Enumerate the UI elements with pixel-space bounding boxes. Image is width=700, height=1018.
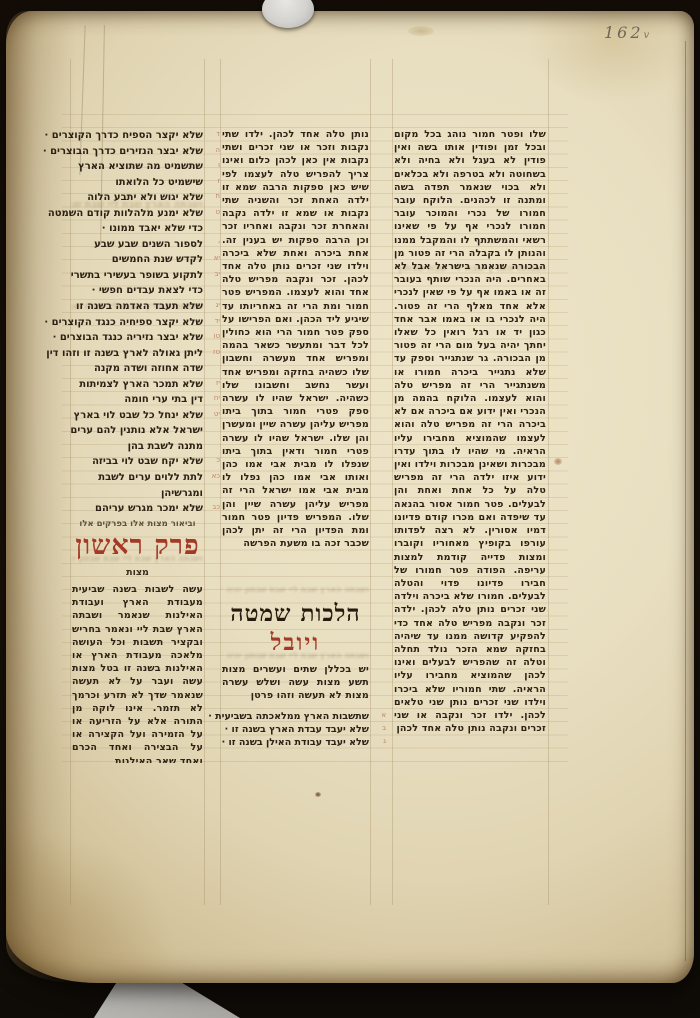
list-item-text: שלא יעבד עבודת האילן בשנה זו · [222, 737, 369, 748]
margin-numeral: י [218, 239, 220, 247]
margin-numeral: יח [214, 394, 220, 402]
list-item-line: שלא יבצר הנזירים כדרך הבוצרים ·ה [72, 144, 203, 160]
margin-numeral: טו [214, 332, 220, 340]
list-item-text: מתנה לשבת בהן [128, 441, 203, 452]
list-item-text: כדי שלא יאבד ממונו · [102, 223, 203, 234]
ink-stain [315, 792, 321, 797]
list-item-line: ליתן גאולה לארץ בשנה זו וזהו דיןטז [72, 346, 203, 362]
vertical-ruling-line [392, 59, 393, 905]
section-heading: הלכות שמטה [220, 599, 371, 629]
list-item-line: דין בתי ערי חומהיח [72, 392, 203, 408]
list-item-line: שתשמיט מה שתוציא הארץו [72, 159, 203, 175]
list-item-line: שלא יעבד עבודת האילן בשנה זו ·ג [222, 735, 369, 748]
list-item-text: שלא ימכר מגרש עריהם [95, 503, 203, 514]
list-item-line: שלא יגוש ולא יתבע הלוהח [72, 190, 203, 206]
list-item-text: שלא יעבד עבדת הארץ בשנה זו · [225, 724, 369, 735]
margin-numeral: יג [216, 301, 220, 309]
margin-numeral: יט [214, 410, 220, 418]
list-item-text: לתת ללוים ערים לשבת [98, 472, 203, 483]
section-heading-sub: ויובל [220, 629, 371, 657]
list-item-line: כדי שלא יאבד ממונו · [72, 221, 203, 237]
column-middle-text: נותן טלה אחד לכהן. ילדו שתי נקבות וזכר א… [222, 128, 369, 598]
margin-numeral: יז [216, 379, 220, 387]
chapter-one-paragraph: עשה לשבות בשנה שביעית מעבודת הארץ ועבודת… [72, 583, 203, 763]
list-item-text: כדי לצאת עבדים חפשי · [92, 285, 203, 296]
list-item-line: ישראל אלא נותנין להם ערים [72, 423, 203, 439]
vertical-ruling-line [70, 59, 71, 905]
list-item-text: לתקוע בשופר בעשירי בתשרי [71, 270, 203, 281]
margin-numeral: ב [382, 724, 386, 732]
vertical-ruling-line [204, 59, 205, 905]
margin-numeral: ו [218, 161, 220, 169]
section-heading-block: הלכות שמטה ויובל [220, 599, 371, 657]
list-item-text: שלא יבצר נזיריה כנגד הבוצרים · [53, 332, 203, 343]
margin-numeral: יא [214, 254, 220, 262]
mitzvot-list-start: שתשבות הארץ ממלאכתה בשביעית ·אשלא יעבד ע… [222, 709, 369, 749]
margin-numeral: ז [218, 177, 220, 185]
list-item-line: שלא תמכר הארץ לצמיתותיז [72, 377, 203, 393]
margin-numeral: ג [383, 737, 386, 745]
list-item-text: שדה אחוזה ושדה מקנה [94, 363, 203, 374]
margin-numeral: ח [215, 192, 220, 200]
list-item-line: שלא יעבד עבדת הארץ בשנה זו ·ב [222, 722, 369, 735]
list-item-line: שלא ימנע מלהלוות קודם השמטהט [72, 206, 203, 222]
list-item-line: לתקוע בשופר בעשירי בתשרייב [72, 268, 203, 284]
margin-numeral: ט [215, 208, 220, 216]
list-item-text: שלא יבצר הנזירים כדרך הבוצרים · [43, 146, 203, 157]
list-item-line: שישמיט כל הלואתוז [72, 175, 203, 191]
vertical-ruling-line [370, 59, 371, 905]
margin-numeral: טז [213, 348, 220, 356]
list-item-line: שלא יקצר הספיח כדרך הקוצרים ·ד [72, 128, 203, 144]
parchment-stain [408, 26, 434, 36]
list-item-text: שתשמיט מה שתוציא הארץ [78, 161, 203, 172]
list-item-text: שלא ינחל כל שבט לוי בארץ [74, 410, 203, 421]
list-item-text: שלא תעבד האדמה בשנה זו [76, 301, 203, 312]
list-item-line: לספור השנים שבע שבעי [72, 237, 203, 253]
folio-number: 162v [604, 23, 653, 42]
list-item-text: שלא ימנע מלהלוות קודם השמטה [48, 208, 203, 219]
list-item-line: שדה אחוזה ושדה מקנה [72, 361, 203, 377]
list-item-line: שלא תעבד האדמה בשנה זויג [72, 299, 203, 315]
list-item-line: ומגרשיהן [72, 486, 203, 502]
margin-numeral: ה [215, 146, 220, 154]
list-item-line: שלא ינחל כל שבט לוי בארץיט [72, 408, 203, 424]
list-item-text: שלא יקח שבט לוי בביזה [92, 456, 203, 467]
list-item-line: כדי לצאת עבדים חפשי · [72, 283, 203, 299]
margin-numeral: יב [214, 270, 220, 278]
manuscript-photo: 162v ושבתה הארץ שבת ליי שבת שבתון יהיה ל… [0, 0, 700, 1018]
manuscript-page: 162v ושבתה הארץ שבת ליי שבת שבתון יהיה ל… [6, 11, 694, 983]
margin-numeral: כ [216, 456, 220, 464]
list-item-line: שלא יקצר ספיחיה כנגד הקוצרים ·יד [72, 315, 203, 331]
mitzvot-count-intro: יש בכללן שתים ועשרים מצות תשע מצות עשה ו… [222, 663, 369, 707]
ink-stain [554, 458, 562, 465]
vertical-ruling-line [548, 59, 549, 905]
list-item-text: לספור השנים שבע שבע [94, 239, 203, 250]
mitzvot-list-continued: שלא יקצר הספיח כדרך הקוצרים ·דשלא יבצר ה… [72, 128, 203, 517]
list-item-text: שלא יקצר הספיח כדרך הקוצרים · [45, 130, 204, 141]
margin-numeral: א [381, 711, 386, 719]
list-item-line: שלא יקח שבט לוי בביזהכ [72, 454, 203, 470]
list-item-line: לקדש שנת החמשיםיא [72, 252, 203, 268]
list-item-text: לקדש שנת החמשים [112, 254, 203, 265]
folio-number-value: 162 [604, 23, 644, 42]
margin-numeral: כב [212, 503, 220, 511]
list-item-line: מתנה לשבת בהן [72, 439, 203, 455]
list-item-text: ומגרשיהן [161, 488, 203, 499]
list-item-text: שלא תמכר הארץ לצמיתות [79, 379, 203, 390]
chapter-note: וביאור מצות אלו בפרקים אלו [66, 519, 209, 529]
list-item-text: ליתן גאולה לארץ בשנה זו וזהו דין [46, 348, 203, 359]
list-item-line: שלא יבצר נזיריה כנגד הבוצרים ·טו [72, 330, 203, 346]
list-item-text: ישראל אלא נותנין להם ערים [70, 425, 203, 436]
margin-numeral: יד [215, 317, 220, 325]
margin-numeral: כא [212, 472, 220, 480]
list-item-text: שלא יקצר ספיחיה כנגד הקוצרים · [44, 317, 203, 328]
list-item-text: דין בתי ערי חומה [124, 394, 203, 405]
margin-numeral: ד [216, 130, 220, 138]
vertical-ruling-line [220, 59, 221, 905]
column-right-text: שלו ופטר חמור נוהג בכל מקום ובכל זמן ופו… [394, 128, 546, 772]
list-item-line: שתשבות הארץ ממלאכתה בשביעית ·א [222, 709, 369, 722]
catchword: מצות [66, 567, 209, 578]
list-item-text: שישמיט כל הלואתו [115, 177, 203, 188]
list-item-line: שלא ימכר מגרש עריהםכב [72, 501, 203, 517]
chapter-heading: פרק ראשון [66, 529, 209, 563]
list-item-text: שלא יגוש ולא יתבע הלוה [87, 192, 203, 203]
list-item-line: לתת ללוים ערים לשבתכא [72, 470, 203, 486]
list-item-text: שתשבות הארץ ממלאכתה בשביעית · [208, 711, 369, 722]
folio-number-mark: v [644, 30, 650, 41]
page-edge-line [685, 41, 686, 961]
